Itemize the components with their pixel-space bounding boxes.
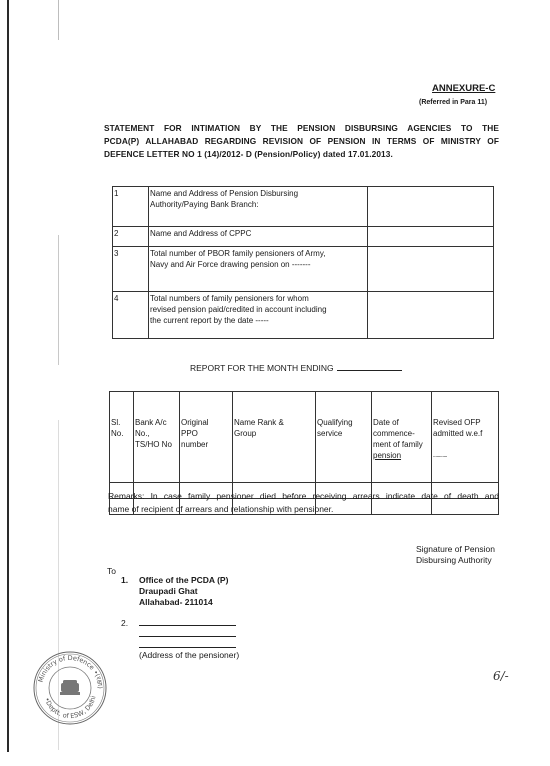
report-month-heading: REPORT FOR THE MONTH ENDING: [190, 362, 402, 373]
address-blank-line[interactable]: [139, 625, 236, 626]
address-line: Office of the PCDA (P): [139, 575, 228, 586]
statement-title: STATEMENT FOR INTIMATION BY THE PENSION …: [104, 122, 499, 161]
header-line: Date of: [373, 417, 430, 428]
scan-edge-line-faint: [58, 235, 59, 365]
row-label: Total number of PBOR family pensioners o…: [149, 247, 368, 292]
recipient-1-number: 1.: [121, 575, 128, 585]
annexure-title: ANNEXURE-C: [432, 83, 495, 94]
remarks-line: Remarks: In case family pensioner died b…: [108, 490, 499, 503]
header-line: number: [181, 439, 231, 450]
row-value-field[interactable]: [368, 247, 494, 292]
report-month-field[interactable]: [337, 362, 402, 371]
national-emblem-icon: [60, 680, 80, 695]
annexure-reference: (Referred in Para 11): [419, 99, 487, 106]
row-value-field[interactable]: [368, 187, 494, 227]
row-number: 1: [113, 187, 149, 227]
label-line: the current report by the date -----: [150, 315, 366, 326]
header-line: Qualifying: [317, 417, 370, 428]
header-bank-ac: Bank A/c No., TS/HO No: [134, 392, 180, 483]
header-line: TS/HO No: [135, 439, 178, 450]
header-sl-no: Sl. No.: [110, 392, 134, 483]
row-label: Total numbers of family pensioners for w…: [149, 292, 368, 339]
header-line: Bank A/c: [135, 417, 178, 428]
table-row: 2 Name and Address of CPPC: [113, 227, 494, 247]
table-row: 4 Total numbers of family pensioners for…: [113, 292, 494, 339]
signature-line: Disbursing Authority: [416, 555, 495, 566]
header-line: No.,: [135, 428, 178, 439]
address-line: Allahabad- 211014: [139, 597, 228, 608]
recipient-1-address: Office of the PCDA (P) Draupadi Ghat All…: [139, 575, 228, 608]
table-row: 3 Total number of PBOR family pensioners…: [113, 247, 494, 292]
row-value-field[interactable]: [368, 292, 494, 339]
header-line: service: [317, 428, 370, 439]
address-line: Draupadi Ghat: [139, 586, 228, 597]
label-line: Navy and Air Force drawing pension on --…: [150, 259, 366, 270]
table-header-row: Sl. No. Bank A/c No., TS/HO No Original …: [110, 392, 499, 483]
row-number: 4: [113, 292, 149, 339]
row-label: Name and Address of CPPC: [149, 227, 368, 247]
statement-line: STATEMENT FOR INTIMATION BY THE PENSION …: [104, 122, 499, 135]
remarks: Remarks: In case family pensioner died b…: [108, 490, 499, 516]
header-line: commence-: [373, 428, 430, 439]
label-line: Name and Address of Pension Disbursing: [150, 188, 366, 199]
label-line: Total numbers of family pensioners for w…: [150, 293, 366, 304]
row-label: Name and Address of Pension Disbursing A…: [149, 187, 368, 227]
header-line: No.: [111, 428, 132, 439]
header-line: Revised OFP: [433, 417, 497, 428]
label-line: Total number of PBOR family pensioners o…: [150, 248, 366, 259]
header-line: Name Rank &: [234, 417, 314, 428]
header-revised-ofp: Revised OFP admitted w.e.f ............: [432, 392, 499, 483]
scan-edge-line-faint: [58, 0, 59, 40]
header-date-commencement: Date of commence- ment of family pension: [372, 392, 432, 483]
row-number: 2: [113, 227, 149, 247]
header-original-ppo: Original PPO number: [180, 392, 233, 483]
row-number: 3: [113, 247, 149, 292]
table-row: 1 Name and Address of Pension Disbursing…: [113, 187, 494, 227]
info-table: 1 Name and Address of Pension Disbursing…: [112, 186, 494, 339]
label-line: Authority/Paying Bank Branch:: [150, 199, 366, 210]
header-line: Original: [181, 417, 231, 428]
address-blank-line[interactable]: [139, 636, 236, 637]
recipient-2-note: (Address of the pensioner): [139, 650, 239, 660]
seal-icon: Ministry of Defence •(रक्षा) •Deptt. of …: [32, 650, 108, 726]
official-seal: Ministry of Defence •(रक्षा) •Deptt. of …: [32, 650, 108, 726]
remarks-line: name of recipient of arrears and relatio…: [108, 503, 499, 516]
signature-line: Signature of Pension: [416, 544, 495, 555]
header-qualifying-service: Qualifying service: [316, 392, 372, 483]
header-line: pension: [373, 450, 430, 461]
header-line: Sl.: [111, 417, 132, 428]
statement-line: DEFENCE LETTER NO 1 (14)/2012- D (Pensio…: [104, 148, 499, 161]
recipient-2-number: 2.: [121, 618, 128, 628]
header-line: Group: [234, 428, 314, 439]
label-line: revised pension paid/credited in account…: [150, 304, 366, 315]
wef-date-field[interactable]: ............: [433, 451, 497, 462]
report-month-label: REPORT FOR THE MONTH ENDING: [190, 363, 334, 373]
address-blank-line[interactable]: [139, 647, 236, 648]
header-line: ment of family: [373, 439, 430, 450]
label-line: Name and Address of CPPC: [150, 228, 366, 239]
signature-block: Signature of Pension Disbursing Authorit…: [416, 544, 495, 566]
page-number: 6/-: [493, 669, 509, 683]
scan-edge-line: [7, 0, 9, 752]
header-line: admitted w.e.f: [433, 428, 497, 439]
statement-line: PCDA(P) ALLAHABAD REGARDING REVISION OF …: [104, 135, 499, 148]
header-line: PPO: [181, 428, 231, 439]
row-value-field[interactable]: [368, 227, 494, 247]
to-label: To: [107, 566, 116, 576]
header-name-rank-group: Name Rank & Group: [233, 392, 316, 483]
